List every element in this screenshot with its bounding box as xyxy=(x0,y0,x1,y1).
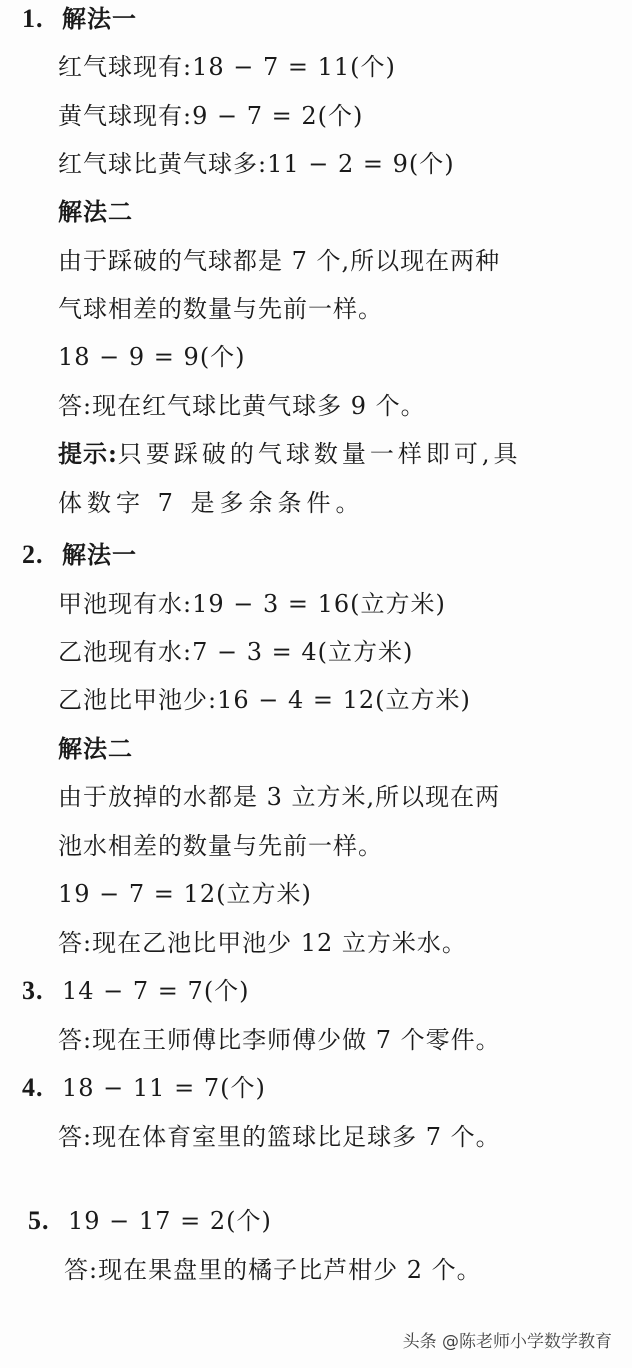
answer-line: 答:现在体育室里的篮球比足球多 7 个。 xyxy=(58,1122,501,1152)
hint-text: 只要踩破的气球数量一样即可,具 xyxy=(118,440,522,468)
hint-line: 提示:只要踩破的气球数量一样即可,具 xyxy=(58,439,522,469)
answer-line: 答:现在红气球比黄气球多 9 个。 xyxy=(58,391,426,421)
problem-4-heading: 4.18 − 11 = 7(个) xyxy=(22,1073,266,1103)
solution-line: 池水相差的数量与先前一样。 xyxy=(58,831,383,861)
hint-label: 提示: xyxy=(58,439,118,468)
solution-line: 由于放掉的水都是 3 立方米,所以现在两 xyxy=(58,782,500,812)
problem-number: 1. xyxy=(22,4,62,34)
solution-line: 红气球现有:18 − 7 = 11(个) xyxy=(58,52,396,82)
solution-line: 乙池比甲池少:16 − 4 = 12(立方米) xyxy=(58,685,471,715)
problem-number: 5. xyxy=(28,1206,68,1236)
solution-line: 由于踩破的气球都是 7 个,所以现在两种 xyxy=(58,246,500,276)
answer-line: 答:现在果盘里的橘子比芦柑少 2 个。 xyxy=(64,1255,482,1285)
problem-number: 4. xyxy=(22,1073,62,1103)
problem-1-heading: 1.解法一 xyxy=(22,4,137,34)
answer-line: 答:现在王师傅比李师傅少做 7 个零件。 xyxy=(58,1025,501,1055)
answer-sheet: 1.解法一 红气球现有:18 − 7 = 11(个) 黄气球现有:9 − 7 =… xyxy=(0,0,632,1368)
solution-line: 乙池现有水:7 − 3 = 4(立方米) xyxy=(58,637,413,667)
solution-line: 甲池现有水:19 − 3 = 16(立方米) xyxy=(58,589,446,619)
solution-line: 18 − 9 = 9(个) xyxy=(58,342,246,372)
equation: 19 − 17 = 2(个) xyxy=(68,1207,272,1235)
answer-line: 答:现在乙池比甲池少 12 立方米水。 xyxy=(58,928,467,958)
problem-3-heading: 3.14 − 7 = 7(个) xyxy=(22,976,250,1006)
equation: 18 − 11 = 7(个) xyxy=(62,1074,266,1102)
solution-line: 黄气球现有:9 − 7 = 2(个) xyxy=(58,101,363,131)
solution-line: 红气球比黄气球多:11 − 2 = 9(个) xyxy=(58,149,455,179)
method-label: 解法二 xyxy=(58,197,133,227)
problem-number: 2. xyxy=(22,540,62,570)
watermark: 头条 @陈老师小学数学教育 xyxy=(403,1327,612,1352)
method-label: 解法二 xyxy=(58,734,133,764)
equation: 14 − 7 = 7(个) xyxy=(62,977,250,1005)
problem-2-heading: 2.解法一 xyxy=(22,540,137,570)
problem-5-heading: 5.19 − 17 = 2(个) xyxy=(28,1206,272,1236)
solution-line: 19 − 7 = 12(立方米) xyxy=(58,879,312,909)
method-label: 解法一 xyxy=(62,540,137,569)
problem-number: 3. xyxy=(22,976,62,1006)
solution-line: 气球相差的数量与先前一样。 xyxy=(58,294,383,324)
hint-text: 体数字 7 是多余条件。 xyxy=(58,488,365,518)
method-label: 解法一 xyxy=(62,4,137,33)
